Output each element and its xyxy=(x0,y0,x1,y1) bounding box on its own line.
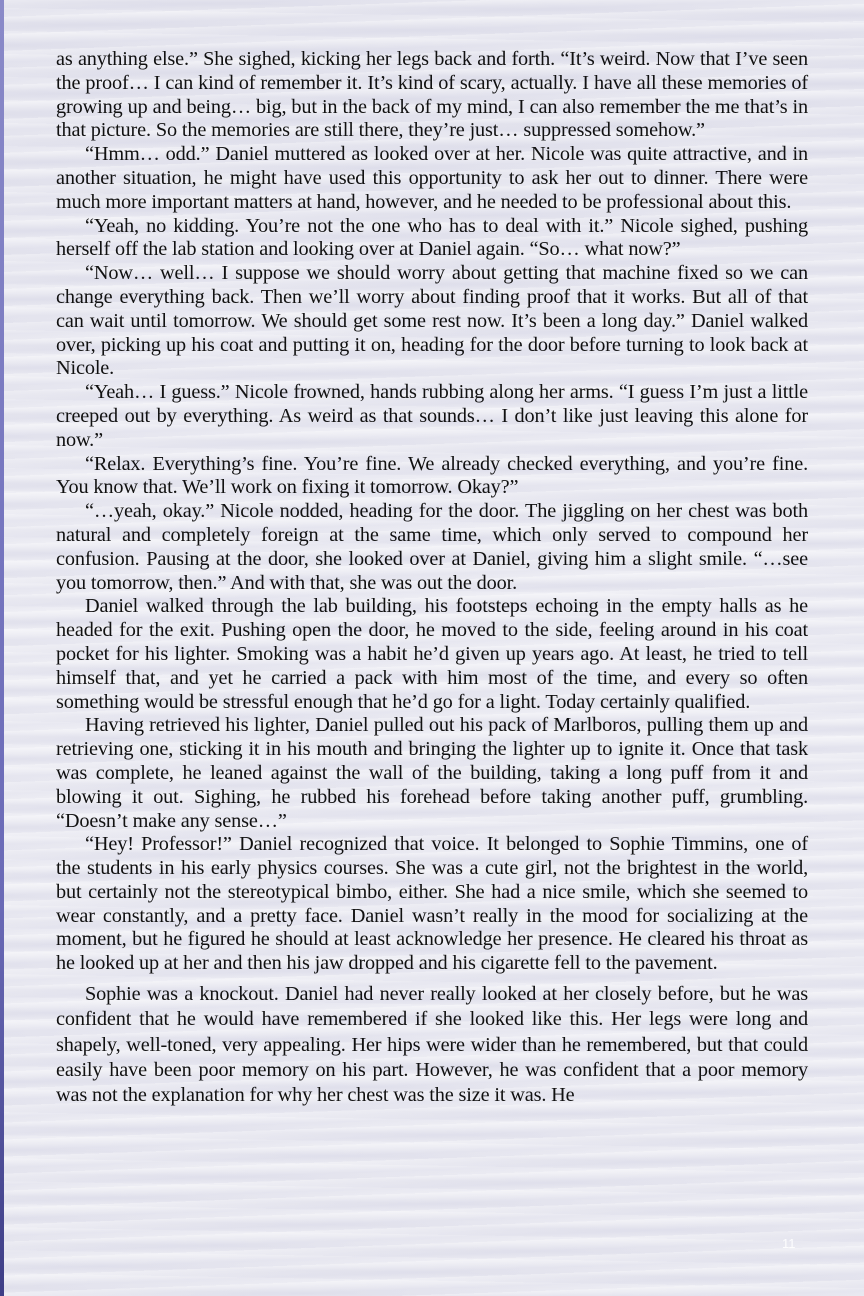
paragraph: “Relax. Everything’s fine. You’re fine. … xyxy=(56,453,808,501)
paragraph: “Hmm… odd.” Daniel muttered as looked ov… xyxy=(56,143,808,214)
page-body-text: as anything else.” She sighed, kicking h… xyxy=(56,48,808,1109)
paragraph: “Now… well… I suppose we should worry ab… xyxy=(56,262,808,381)
paragraph: Sophie was a knockout. Daniel had never … xyxy=(56,982,808,1108)
paragraph: “…yeah, okay.” Nicole nodded, heading fo… xyxy=(56,500,808,595)
page-number: 11 xyxy=(782,1236,796,1251)
paragraph: “Hey! Professor!” Daniel recognized that… xyxy=(56,833,808,976)
page-edge-strip xyxy=(0,0,4,1296)
paragraph: Having retrieved his lighter, Daniel pul… xyxy=(56,714,808,833)
paragraph: Daniel walked through the lab building, … xyxy=(56,595,808,714)
paragraph: “Yeah, no kidding. You’re not the one wh… xyxy=(56,215,808,263)
paragraph: as anything else.” She sighed, kicking h… xyxy=(56,48,808,143)
paragraph: “Yeah… I guess.” Nicole frowned, hands r… xyxy=(56,381,808,452)
